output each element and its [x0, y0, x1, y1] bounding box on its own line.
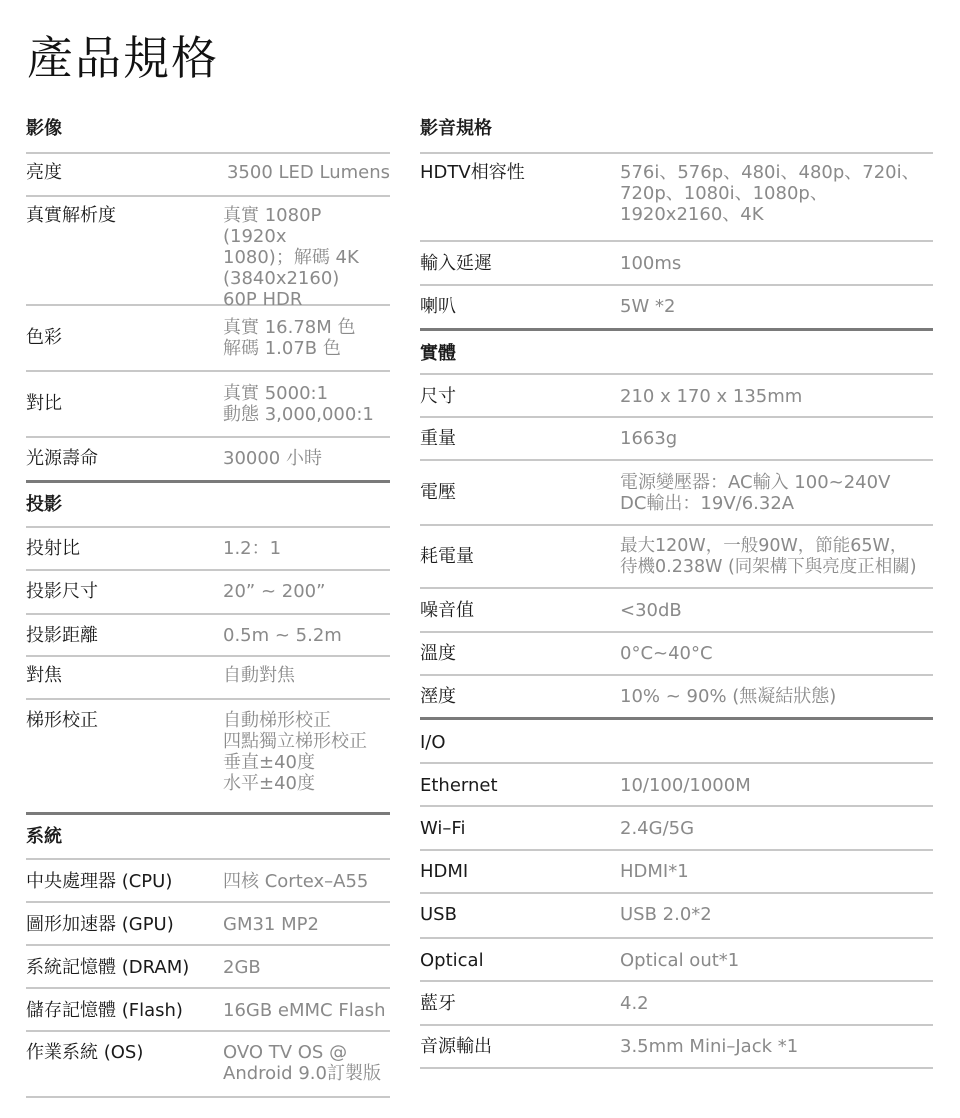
spec-row: 電壓 電源變壓器：AC輸入 100~240V DC輸出：19V/6.32A [420, 461, 933, 526]
spec-value: 5W *2 [620, 296, 675, 317]
section-title: 投影 [26, 494, 62, 516]
spec-row: 系統記憶體 (DRAM) 2GB [26, 946, 390, 989]
spec-row: 溫度 0°C~40°C [420, 633, 933, 676]
spec-value: 10/100/1000M [620, 775, 751, 796]
spec-row: USB USB 2.0*2 [420, 894, 933, 939]
spec-label: HDMI [420, 861, 620, 883]
spec-row: 真實解析度 真實 1080P (1920x 1080)；解碼 4K (3840x… [26, 197, 390, 306]
spec-value: 3500 LED Lumens [227, 162, 390, 183]
spec-value: 576i、576p、480i、480p、720i、 720p、1080i、108… [620, 162, 920, 225]
section-title: 影像 [26, 118, 62, 140]
spec-row: Ethernet 10/100/1000M [420, 764, 933, 807]
spec-row: 輸入延遲 100ms [420, 242, 933, 286]
spec-label: 圖形加速器 (GPU) [26, 914, 223, 936]
spec-row: 圖形加速器 (GPU) GM31 MP2 [26, 903, 390, 946]
spec-label: 輸入延遲 [420, 253, 620, 275]
spec-value: Optical out*1 [620, 950, 739, 971]
spec-value: <30dB [620, 600, 682, 621]
spec-row: HDTV相容性 576i、576p、480i、480p、720i、 720p、1… [420, 154, 933, 242]
spec-label: 音源輸出 [420, 1036, 620, 1058]
spec-label: Ethernet [420, 775, 620, 797]
spec-label: 溫度 [420, 643, 620, 665]
spec-row: 藍牙 4.2 [420, 982, 933, 1026]
spec-label: HDTV相容性 [420, 162, 620, 184]
section-header-image: 影像 [26, 108, 390, 154]
spec-row: 對比 真實 5000:1 動態 3,000,000:1 [26, 372, 390, 438]
spec-value: USB 2.0*2 [620, 904, 712, 925]
spec-column-right: 影音規格 HDTV相容性 576i、576p、480i、480p、720i、 7… [420, 108, 933, 1069]
spec-label: 喇叭 [420, 296, 620, 318]
spec-row: 梯形校正 自動梯形校正 四點獨立梯形校正 垂直±40度 水平±40度 [26, 700, 390, 815]
spec-row: 尺寸 210 x 170 x 135mm [420, 375, 933, 418]
spec-label: Optical [420, 950, 620, 972]
spec-value: 16GB eMMC Flash [223, 1000, 386, 1021]
spec-label: 重量 [420, 428, 620, 450]
spec-label: 對焦 [26, 665, 223, 687]
spec-value: 0°C~40°C [620, 643, 713, 664]
spec-label: 溼度 [420, 686, 620, 708]
spec-label: 作業系統 (OS) [26, 1042, 223, 1064]
spec-value: 3.5mm Mini–Jack *1 [620, 1036, 798, 1057]
spec-row: 音源輸出 3.5mm Mini–Jack *1 [420, 1026, 933, 1069]
spec-row: 耗電量 最大120W，一般90W，節能65W， 待機0.238W (同架構下與亮… [420, 526, 933, 589]
spec-value: 4.2 [620, 993, 649, 1014]
spec-label: 尺寸 [420, 386, 620, 408]
spec-label: 儲存記憶體 (Flash) [26, 1000, 223, 1022]
spec-row: 重量 1663g [420, 418, 933, 461]
spec-row: Wi–Fi 2.4G/5G [420, 807, 933, 851]
spec-row: 亮度 3500 LED Lumens [26, 154, 390, 197]
spec-row: 溼度 10% ~ 90% (無凝結狀態) [420, 676, 933, 720]
spec-row: 作業系統 (OS) OVO TV OS @ Android 9.0訂製版 [26, 1032, 390, 1098]
spec-label: 投影距離 [26, 625, 223, 647]
section-title: 系統 [26, 826, 62, 848]
spec-label: 對比 [26, 393, 223, 415]
spec-row: 儲存記憶體 (Flash) 16GB eMMC Flash [26, 989, 390, 1032]
spec-label: 藍牙 [420, 993, 620, 1015]
section-title: I/O [420, 732, 446, 754]
spec-value: 2.4G/5G [620, 818, 694, 839]
spec-row: 投射比 1.2：1 [26, 528, 390, 571]
spec-label: 噪音值 [420, 600, 620, 622]
spec-row: 投影尺寸 20” ~ 200” [26, 571, 390, 615]
section-header-av: 影音規格 [420, 108, 933, 154]
spec-value: 真實 1080P (1920x 1080)；解碼 4K (3840x2160) … [223, 205, 390, 310]
spec-label: 耗電量 [420, 546, 620, 568]
spec-row: 色彩 真實 16.78M 色 解碼 1.07B 色 [26, 306, 390, 372]
spec-value: 電源變壓器：AC輸入 100~240V DC輸出：19V/6.32A [620, 472, 890, 514]
spec-row: 對焦 自動對焦 [26, 657, 390, 700]
spec-label: 系統記憶體 (DRAM) [26, 957, 223, 979]
spec-value: 10% ~ 90% (無凝結狀態) [620, 686, 836, 707]
spec-value: 自動對焦 [223, 665, 295, 686]
spec-label: 光源壽命 [26, 448, 223, 470]
spec-row: 中央處理器 (CPU) 四核 Cortex–A55 [26, 860, 390, 903]
spec-row: Optical Optical out*1 [420, 939, 933, 982]
spec-row: HDMI HDMI*1 [420, 851, 933, 894]
spec-label: 色彩 [26, 327, 223, 349]
spec-value: 20” ~ 200” [223, 581, 325, 602]
section-header-io: I/O [420, 720, 933, 764]
page-title: 產品規格 [27, 28, 219, 88]
spec-value: 自動梯形校正 四點獨立梯形校正 垂直±40度 水平±40度 [223, 710, 367, 794]
spec-value: 0.5m ~ 5.2m [223, 625, 342, 646]
spec-value: 2GB [223, 957, 261, 978]
section-title: 實體 [420, 343, 456, 365]
spec-value: 真實 16.78M 色 解碼 1.07B 色 [223, 317, 356, 359]
spec-row: 噪音值 <30dB [420, 589, 933, 633]
spec-value: 最大120W，一般90W，節能65W， 待機0.238W (同架構下與亮度正相關… [620, 536, 917, 578]
spec-value: 100ms [620, 253, 681, 274]
section-header-system: 系統 [26, 815, 390, 860]
spec-label: 電壓 [420, 482, 620, 504]
spec-label: 亮度 [26, 162, 223, 184]
spec-value: 真實 5000:1 動態 3,000,000:1 [223, 383, 374, 425]
spec-value: 1663g [620, 428, 677, 449]
spec-row: 光源壽命 30000 小時 [26, 438, 390, 483]
section-header-physical: 實體 [420, 331, 933, 375]
spec-column-left: 影像 亮度 3500 LED Lumens 真實解析度 真實 1080P (19… [26, 108, 390, 1098]
spec-value: 30000 小時 [223, 448, 322, 469]
spec-label: Wi–Fi [420, 818, 620, 840]
spec-label: 投射比 [26, 538, 223, 560]
spec-value: GM31 MP2 [223, 914, 319, 935]
spec-value: OVO TV OS @ Android 9.0訂製版 [223, 1042, 381, 1084]
spec-value: 四核 Cortex–A55 [223, 871, 368, 892]
spec-row: 投影距離 0.5m ~ 5.2m [26, 615, 390, 657]
spec-row: 喇叭 5W *2 [420, 286, 933, 331]
spec-value: 1.2：1 [223, 538, 281, 559]
section-title: 影音規格 [420, 118, 492, 140]
spec-label: 梯形校正 [26, 710, 223, 732]
spec-label: 中央處理器 (CPU) [26, 871, 223, 893]
spec-label: USB [420, 904, 620, 926]
spec-value: 210 x 170 x 135mm [620, 386, 802, 407]
spec-label: 投影尺寸 [26, 581, 223, 603]
spec-label: 真實解析度 [26, 205, 223, 227]
spec-value: HDMI*1 [620, 861, 689, 882]
section-header-projection: 投影 [26, 483, 390, 528]
